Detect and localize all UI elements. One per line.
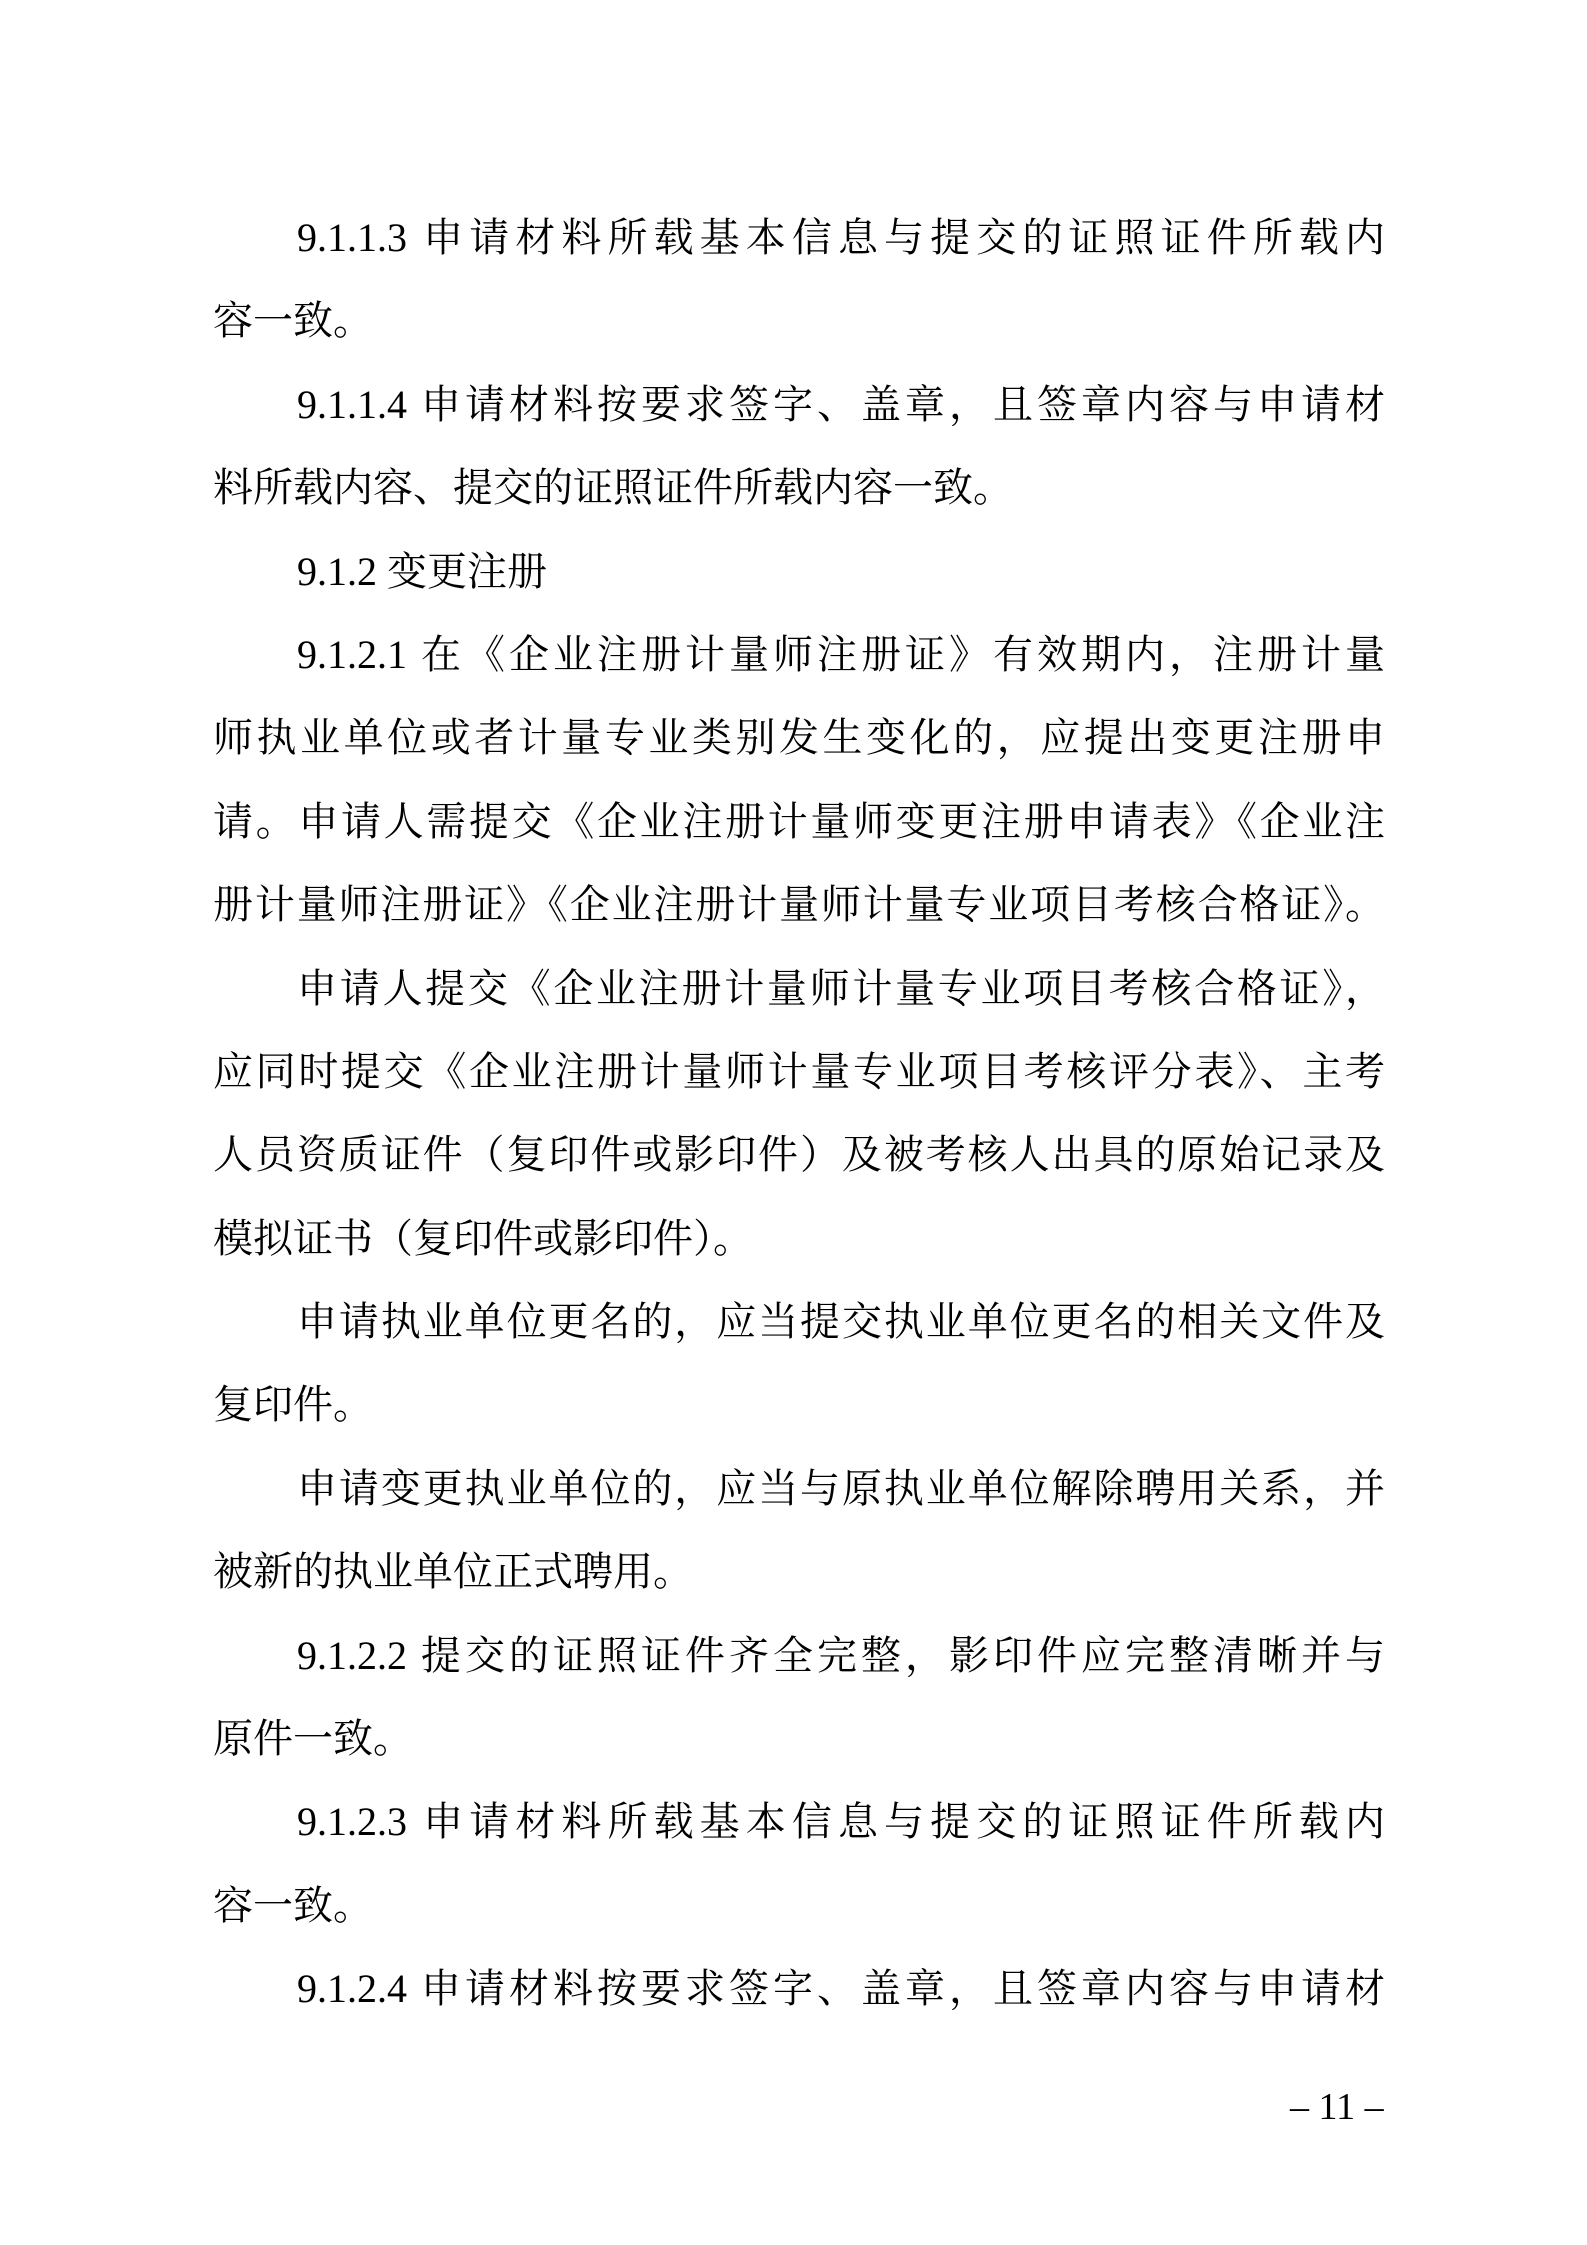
text-line: 复印件。 (213, 1363, 1385, 1446)
text-line: 9.1.2.3 申请材料所载基本信息与提交的证照证件所载内 (213, 1780, 1385, 1863)
text-line: 应同时提交《企业注册计量师计量专业项目考核评分表》、主考 (213, 1030, 1385, 1113)
page-number: – 11 – (1290, 2088, 1384, 2126)
text-line: 人员资质证件（复印件或影印件）及被考核人出具的原始记录及 (213, 1113, 1385, 1196)
text-line: 容一致。 (213, 1864, 1385, 1947)
text-line: 申请人提交《企业注册计量师计量专业项目考核合格证》， (213, 947, 1385, 1030)
document-page: 9.1.1.3 申请材料所载基本信息与提交的证照证件所载内容一致。9.1.1.4… (0, 0, 1587, 2245)
text-line: 原件一致。 (213, 1697, 1385, 1780)
text-line: 9.1.1.3 申请材料所载基本信息与提交的证照证件所载内 (213, 196, 1385, 279)
text-line: 册计量师注册证》《企业注册计量师计量专业项目考核合格证》。 (213, 863, 1385, 946)
text-line: 申请变更执业单位的，应当与原执业单位解除聘用关系，并 (213, 1447, 1385, 1530)
text-line: 容一致。 (213, 279, 1385, 362)
text-line: 料所载内容、提交的证照证件所载内容一致。 (213, 446, 1385, 529)
text-line: 9.1.2.2 提交的证照证件齐全完整，影印件应完整清晰并与 (213, 1614, 1385, 1697)
text-line: 9.1.1.4 申请材料按要求签字、盖章，且签章内容与申请材 (213, 363, 1385, 446)
text-line: 申请执业单位更名的，应当提交执业单位更名的相关文件及 (213, 1280, 1385, 1363)
text-line: 9.1.2 变更注册 (213, 530, 1385, 613)
text-line: 被新的执业单位正式聘用。 (213, 1530, 1385, 1613)
document-body: 9.1.1.3 申请材料所载基本信息与提交的证照证件所载内容一致。9.1.1.4… (213, 196, 1385, 2031)
text-line: 请。申请人需提交《企业注册计量师变更注册申请表》《企业注 (213, 780, 1385, 863)
text-line: 9.1.2.4 申请材料按要求签字、盖章，且签章内容与申请材 (213, 1947, 1385, 2030)
text-line: 师执业单位或者计量专业类别发生变化的，应提出变更注册申 (213, 696, 1385, 779)
text-line: 模拟证书（复印件或影印件）。 (213, 1197, 1385, 1280)
text-line: 9.1.2.1 在《企业注册计量师注册证》有效期内，注册计量 (213, 613, 1385, 696)
